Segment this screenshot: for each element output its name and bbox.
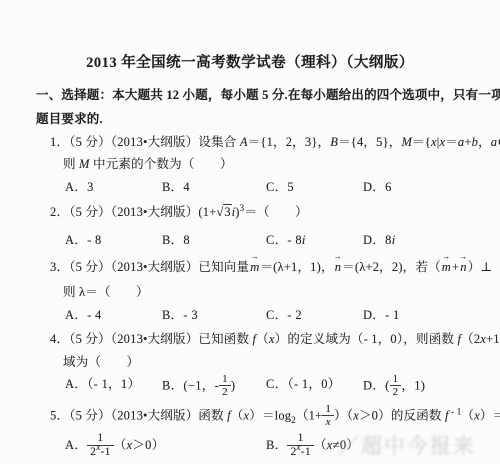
section-heading-line-2: 题目要求的. xyxy=(36,109,476,127)
question-5-stem: 5．（5 分）（2013•大纲版）函数 f（x）＝log2（1+1x）（x＞0）… xyxy=(50,404,480,429)
question-3-option-c: C．- 2 xyxy=(266,305,302,323)
page-title: 2013 年全国统一高考数学试卷（理科）（大纲版） xyxy=(0,51,500,72)
question-5-option-a: A．12x-1（x＞0） xyxy=(65,433,165,459)
question-4-option-a: A．（- 1，1） xyxy=(65,374,140,392)
question-4-stem-line-1: 4．（5 分）（2013•大纲版）已知函数 f（x）的定义域为（- 1，0），则… xyxy=(50,329,480,347)
question-3-stem-line-2: 则 λ＝（ ） xyxy=(63,282,480,300)
question-2-option-b: B．8 xyxy=(162,230,190,248)
question-1-option-b: B．4 xyxy=(162,177,190,195)
question-1-option-d: D．6 xyxy=(363,177,392,195)
question-2-stem: 2．（5 分）（2013•大纲版）(1+√3i)3＝（ ） xyxy=(50,202,480,220)
question-1-option-c: C．5 xyxy=(266,177,294,195)
question-2-option-a: A．- 8 xyxy=(65,230,102,248)
question-3-option-b: B．- 3 xyxy=(162,305,198,323)
question-1-stem-line-2: 则 M 中元素的个数为（ ） xyxy=(63,154,480,172)
question-3-option-a: A．- 4 xyxy=(65,305,102,323)
question-1-stem-line-1: 1．（5 分）（2013•大纲版）设集合 A＝{1，2，3}，B＝{4，5}，M… xyxy=(50,132,480,150)
section-heading-line-1: 一、选择题：本大题共 12 小题，每小题 5 分.在每小题给出的四个选项中，只有… xyxy=(36,85,476,103)
question-3-option-d: D．- 1 xyxy=(363,305,400,323)
question-4-options: A．（- 1，1） B．(−1，-12) C．（- 1，0） D．(12，1) xyxy=(0,374,500,408)
exam-paper-page: 2013 年全国统一高考数学试卷（理科）（大纲版） 一、选择题：本大题共 12 … xyxy=(0,0,500,464)
question-2-option-c: C．- 8i xyxy=(266,230,306,248)
watermark: ／超中今报来 xyxy=(338,430,498,462)
question-3-stem-line-1: 3．（5 分）（2013•大纲版）已知向量m＝(λ+1，1)，n＝(λ+2，2)… xyxy=(50,257,480,275)
question-4-option-b: B．(−1，-12) xyxy=(162,374,235,399)
question-4-option-c: C．（- 1，0） xyxy=(266,374,341,392)
question-4-option-d: D．(12，1) xyxy=(363,374,425,399)
question-2-option-d: D．8i xyxy=(363,230,395,248)
question-1-option-a: A．3 xyxy=(65,177,94,195)
question-4-stem-line-2: 域为（ ） xyxy=(63,352,480,370)
